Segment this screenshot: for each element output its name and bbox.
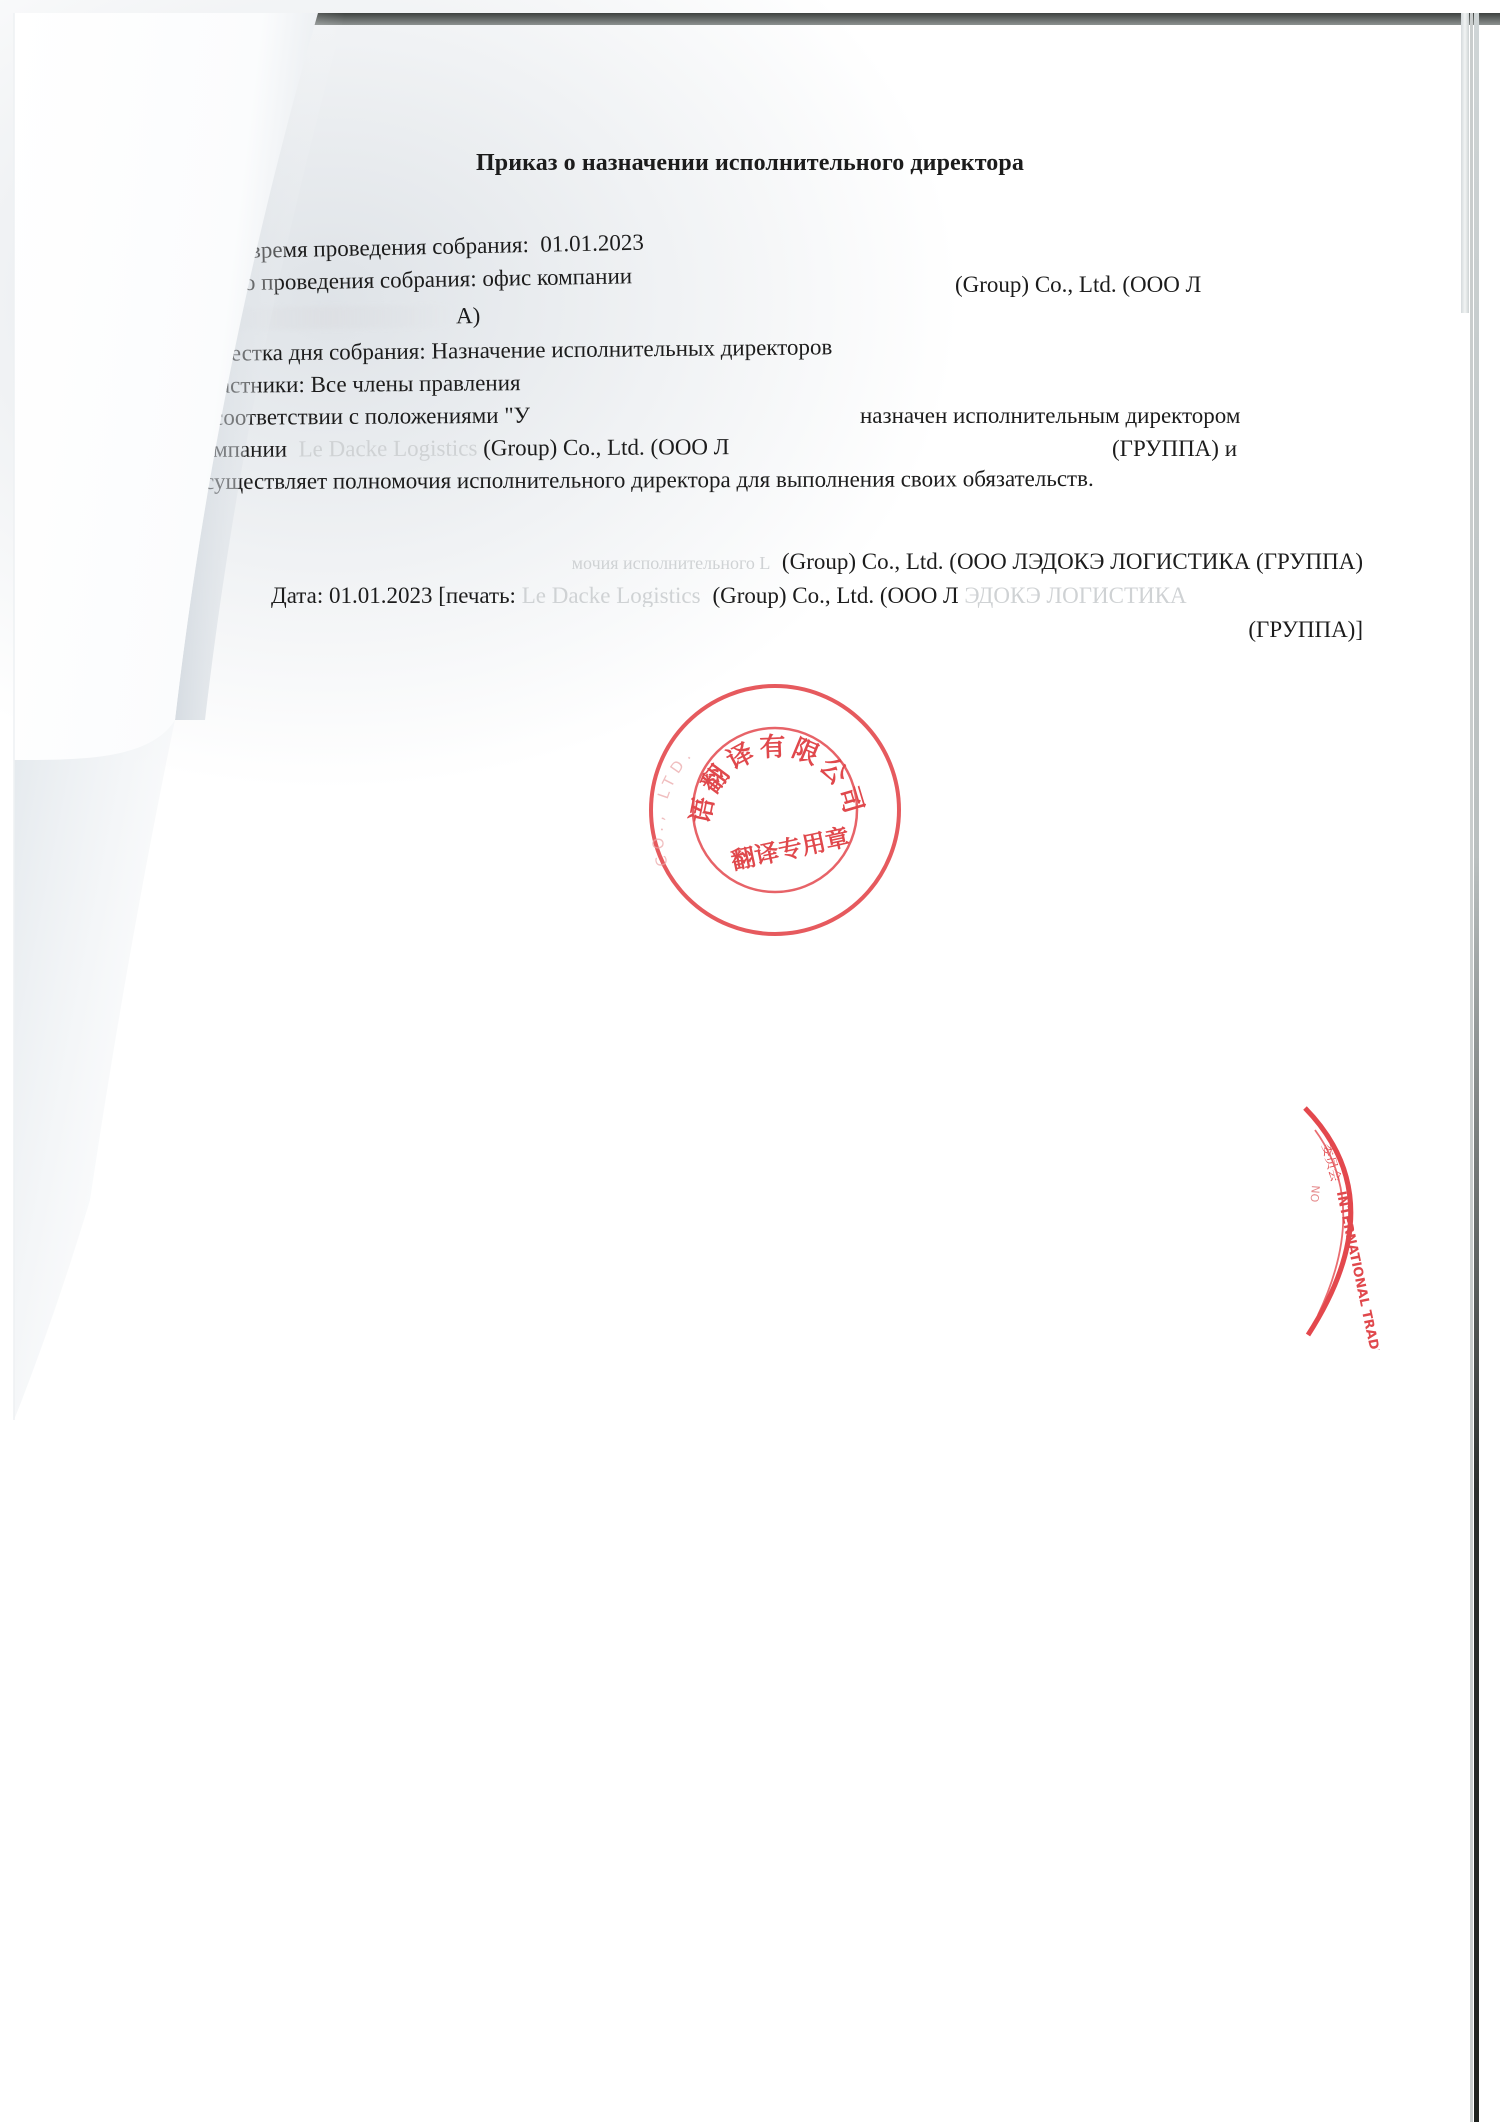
meeting-place-line2: redactedА) bbox=[196, 304, 481, 331]
signature-line-2: Дата: 01.01.2023 [печать: Le Dacke Logis… bbox=[271, 584, 1187, 607]
svg-text:语翻译有限公司: 语翻译有限公司 bbox=[686, 732, 870, 826]
signature-seal-faded: Le Dacke Logistics bbox=[522, 584, 707, 607]
document-title: Приказ о назначении исполнительного дире… bbox=[0, 150, 1500, 177]
signature-line-1: мочия исполнительного L (Group) Co., Ltd… bbox=[572, 550, 1363, 573]
body-line-2-start: компании bbox=[192, 437, 287, 462]
scanner-right-edge-light bbox=[1470, 13, 1473, 2122]
body-line-1-end: назначен исполнительным директором bbox=[860, 404, 1240, 427]
body-line-2-company: (Group) Co., Ltd. (ООО Л bbox=[483, 434, 729, 460]
body-line-2: компании Le Dacke Logistics (Group) Co.,… bbox=[192, 435, 729, 461]
seal-inner-text-top: 语翻译有限公司 bbox=[686, 732, 870, 826]
partial-seal-no-text: NO bbox=[1308, 1185, 1322, 1203]
signature-seal-faded-tail: ЭДОКЭ ЛОГИСТИКА bbox=[964, 583, 1186, 608]
meeting-place-line2-tail: А) bbox=[456, 303, 481, 328]
signature-line-3: (ГРУППА)] bbox=[1248, 618, 1363, 641]
meeting-place-company: (Group) Co., Ltd. (ООО Л bbox=[955, 273, 1201, 296]
signature-date: Дата: 01.01.2023 [печать: bbox=[271, 583, 516, 608]
signature-line-1-faded: мочия исполнительного L bbox=[572, 553, 771, 573]
meeting-place-company-text: (Group) Co., Ltd. (ООО Л bbox=[955, 272, 1201, 297]
participants-line: Участники: Все члены правления bbox=[192, 371, 521, 397]
scanner-top-edge bbox=[300, 13, 1500, 25]
translation-seal-stamp: CO., LTD. 语翻译有限公司 翻译专用章 bbox=[640, 675, 910, 945]
body-line-1-start: В соответствии с положениями "У bbox=[192, 404, 530, 429]
partial-seal-cn-text: 委员会 bbox=[1318, 1142, 1343, 1184]
body-line-3: осуществляет полномочия исполнительного … bbox=[192, 467, 1094, 493]
meeting-date-value: 01.01.2023 bbox=[540, 230, 644, 257]
signature-seal-company: (Group) Co., Ltd. (ООО Л bbox=[712, 583, 958, 608]
body-line-2-end: (ГРУППА) и bbox=[1112, 437, 1237, 460]
partial-trade-seal-stamp: INTERNATIONAL TRADE 委员会 NO bbox=[1290, 1090, 1400, 1350]
signature-company: (Group) Co., Ltd. (ООО ЛЭДОКЭ ЛОГИСТИКА … bbox=[782, 549, 1363, 574]
body-line-2-faded: Le Dacke Logistics bbox=[299, 436, 478, 462]
redacted-block: redacted bbox=[196, 304, 456, 331]
scanner-right-edge bbox=[1474, 13, 1479, 2122]
